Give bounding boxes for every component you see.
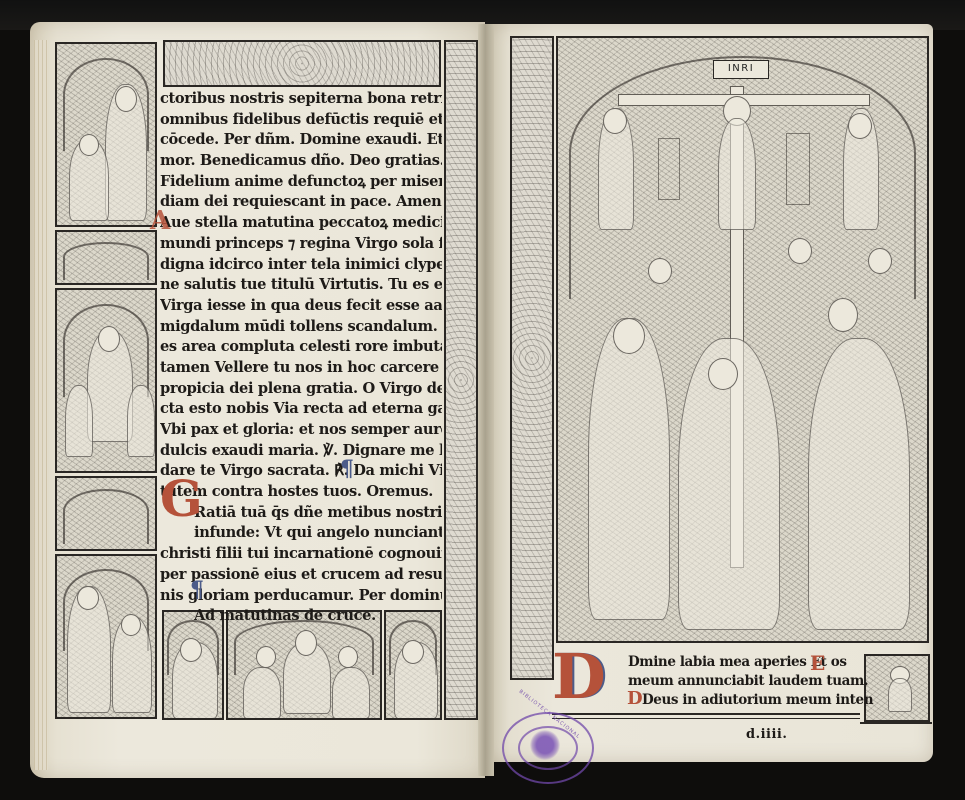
winged-owl-grotesque <box>864 654 930 722</box>
text-line: diam dei requiescant in pace. Amen. <box>160 192 442 213</box>
text-line: Ad matutinas de cruce. <box>160 606 442 627</box>
text-line: christi filii tui incarnationē cognouimu… <box>160 544 442 565</box>
text-line: meum annunciabit laudem tuam. <box>628 672 868 691</box>
initial-d-large: D <box>552 646 606 708</box>
text-line: cōcede. Per dñm. Domine exaudi. Et cla <box>160 130 442 151</box>
rule-line <box>552 713 860 715</box>
text-line: Deus in adiutorium meum inten <box>628 691 868 710</box>
canopy-vignette-2 <box>55 476 157 551</box>
text-line: mundi princeps ⁊ regina Virgo sola fuist… <box>160 234 442 255</box>
text-line: Virga iesse in qua deus fecit esse aaron… <box>160 296 442 317</box>
text-line: omnibus fidelibus defūctis requiē eternā <box>160 110 442 131</box>
text-line: mor. Benedicamus dño. Deo gratias. <box>160 151 442 172</box>
enthroned-figure-vignette <box>55 288 157 473</box>
paragraph-mark-ad: ¶ <box>190 577 204 603</box>
text-line: propicia dei plena gratia. O Virgo dei e… <box>160 379 442 400</box>
crucifixion-woodcut <box>556 36 929 643</box>
gothic-canopy-vignette <box>55 230 157 285</box>
book-gutter <box>478 24 494 776</box>
page-edges <box>34 40 48 770</box>
right-page-text: Dmine labia mea aperies Et os meum annun… <box>628 653 868 710</box>
rule-line <box>860 722 932 724</box>
text-line: tamen Vellere tu nos in hoc carcere sola… <box>160 358 442 379</box>
coat-of-arms-seal <box>530 730 560 760</box>
text-line: migdalum mūdi tollens scandalum. Tu <box>160 317 442 338</box>
text-line: ne salutis tue titulū Virtutis. Tu es en… <box>160 275 442 296</box>
text-line: Aue stella matutina peccatoꝝ medicina <box>160 213 442 234</box>
text-line: ctoribus nostris sepiterna bona retribue… <box>160 89 442 110</box>
bird-foliage-frieze <box>163 40 441 87</box>
text-line: Fidelium anime defunctoꝝ per misericor <box>160 172 442 193</box>
text-line: Dmine labia mea aperies Et os <box>628 653 868 672</box>
text-line: digna idcirco inter tela inimici clypeū … <box>160 255 442 276</box>
initial-g-rubric: G <box>160 474 203 524</box>
text-line: es area compluta celesti rore imbuta sic… <box>160 337 442 358</box>
text-line: cta esto nobis Via recta ad eterna gaudi… <box>160 399 442 420</box>
text-line: Vbi pax et gloria: et nos semper aure pi… <box>160 420 442 441</box>
signature-mark: d.iiii. <box>746 727 787 742</box>
library-stamp: BIBLIOTECA NACIONAL <box>502 712 594 784</box>
rule-line <box>552 718 860 719</box>
initial-e-rubric: E <box>810 651 825 675</box>
right-page-floral-border <box>510 36 554 680</box>
left-page-text: ctoribus nostris sepiterna bona retribue… <box>160 89 442 627</box>
saint-with-book-vignette <box>55 554 157 719</box>
inri-titulus: INRI <box>713 60 769 79</box>
noli-me-tangere-vignette <box>55 42 157 227</box>
initial-d-rubric: D <box>627 688 643 709</box>
initial-a-rubric: A <box>150 206 170 236</box>
floral-border-strip <box>444 40 478 720</box>
paragraph-mark-oremus: ¶ <box>340 456 354 482</box>
text-line: dulcis exaudi maria. ℣. Dignare me lau <box>160 441 442 462</box>
